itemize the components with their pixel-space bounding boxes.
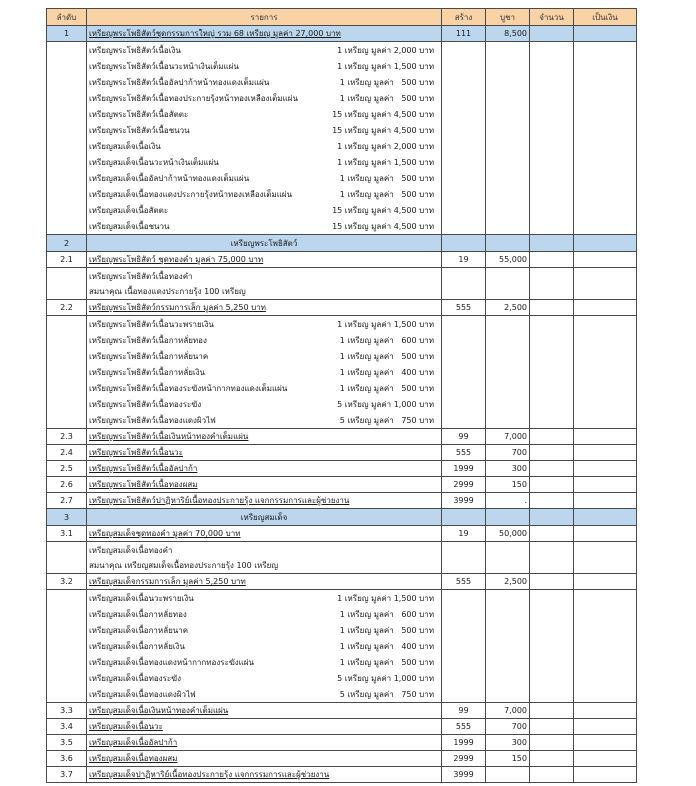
amount-cell[interactable] [574,58,637,74]
row-number [47,122,87,138]
sub-item-qty-value: 1 เหรียญ มูลค่า 1,500 บาท [294,59,434,74]
qty-cell[interactable] [530,461,574,477]
row-number [47,396,87,412]
row-title-text: เหรียญพระโพธิสัตว์ ชุดทองคำ มูลค่า 75,00… [89,255,263,264]
qty-cell[interactable] [530,574,574,590]
price-cell [486,364,530,380]
sub-item-row: เหรียญพระโพธิสัตว์เนื้อนวะหน้าเงินเต็มแผ… [47,58,637,74]
row-number [47,638,87,654]
amount-cell[interactable] [574,332,637,348]
row-title-text: เหรียญพระโพธิสัตว์เนื้อนวะ [89,448,183,457]
qty-cell[interactable] [530,186,574,202]
qty-cell[interactable] [530,348,574,364]
sub-item: เหรียญสมเด็จเนื้อนวะพรายเงิน1 เหรียญ มูล… [87,590,442,607]
row-title: เหรียญพระโพธิสัตว์ ชุดทองคำ มูลค่า 75,00… [87,252,442,268]
make-cell [442,316,486,333]
make-cell [442,606,486,622]
sub-item-row: เหรียญสมเด็จเนื้อทองแดงหน้ากากทองระฆังแผ… [47,654,637,670]
sub-item-qty-value: 1 เหรียญ มูลค่า 500 บาท [294,171,434,186]
row-title-text: เหรียญสมเด็จเนื้อนวะ [89,722,163,731]
make-cell: 555 [442,445,486,461]
amount-cell[interactable] [574,477,637,493]
sub-item: เหรียญสมเด็จเนื้ออัลปาก้าหน้าทองแดงเต็มแ… [87,170,442,186]
table-row: 2.4เหรียญพระโพธิสัตว์เนื้อนวะ555700 [47,445,637,461]
row-title-text: เหรียญสมเด็จชุดทองคำ มูลค่า 70,000 บาท [89,529,241,538]
table-row: 2.6เหรียญพระโพธิสัตว์เนื้อทองผสม2999150 [47,477,637,493]
amount-cell[interactable] [574,202,637,218]
qty-cell[interactable] [530,252,574,268]
sub-item: เหรียญสมเด็จเนื้อทองระฆัง5 เหรียญ มูลค่า… [87,670,442,686]
amount-cell[interactable] [574,735,637,751]
amount-cell[interactable] [574,638,637,654]
price-cell [486,542,530,574]
sub-item-desc: เหรียญสมเด็จเนื้อนวะหน้าเงินเต็มแผ่น [89,155,294,170]
row-number [47,542,87,574]
qty-cell[interactable] [530,138,574,154]
make-cell [442,90,486,106]
table-row: 2.1เหรียญพระโพธิสัตว์ ชุดทองคำ มูลค่า 75… [47,252,637,268]
amount-cell[interactable] [574,106,637,122]
sub-item-desc: เหรียญพระโพธิสัตว์เนื้อนวะหน้าเงินเต็มแผ… [89,59,294,74]
sub-item-desc: เหรียญพระโพธิสัตว์เนื้ออัลปาก้าหน้าทองแด… [89,75,294,90]
qty-cell[interactable] [530,380,574,396]
price-cell [486,606,530,622]
header-amount: เป็นเงิน [574,9,637,26]
amount-cell[interactable] [574,218,637,235]
amount-cell[interactable] [574,622,637,638]
sub-item-desc: เหรียญพระโพธิสัตว์เนื้อเงิน [89,43,294,58]
amount-cell[interactable] [574,74,637,90]
row-title: เหรียญพระโพธิสัตว์ปาฏิหาริย์เนื้อทองประก… [87,493,442,509]
amount-cell[interactable] [574,670,637,686]
row-number: 2.4 [47,445,87,461]
table-row: 3.1เหรียญสมเด็จชุดทองคำ มูลค่า 70,000 บา… [47,526,637,542]
make-cell [442,235,486,252]
row-title: เหรียญสมเด็จกรรมการเล็ก มูลค่า 5,250 บาท [87,574,442,590]
sub-item-desc: เหรียญพระโพธิสัตว์เนื้อสัตตะ [89,107,294,122]
qty-cell[interactable] [530,654,574,670]
make-cell: 111 [442,26,486,42]
sub-item-qty-value: 1 เหรียญ มูลค่า 2,000 บาท [294,43,434,58]
detail-text: เหรียญพระโพธิสัตว์เนื้อทองคำสมนาคุณ เนื้… [87,268,442,300]
qty-cell[interactable] [530,493,574,509]
amount-cell[interactable] [574,364,637,380]
qty-cell[interactable] [530,268,574,300]
row-title-text: เหรียญพระโพธิสัตว์เนื้ออัลปาก้า [89,464,197,473]
sub-item-row: เหรียญพระโพธิสัตว์เนื้อกาหลั่ยนาค1 เหรีย… [47,348,637,364]
price-cell [486,332,530,348]
qty-cell[interactable] [530,122,574,138]
detail-row: เหรียญพระโพธิสัตว์เนื้อทองคำสมนาคุณ เนื้… [47,268,637,300]
price-cell [486,122,530,138]
price-cell [486,202,530,218]
sub-item-row: เหรียญสมเด็จเนื้อกาหลั่ยทอง1 เหรียญ มูลค… [47,606,637,622]
row-number [47,622,87,638]
sub-item-row: เหรียญพระโพธิสัตว์เนื้อทองประกายรุ้งหน้า… [47,90,637,106]
qty-cell[interactable] [530,526,574,542]
sub-item-qty-value: 1 เหรียญ มูลค่า 400 บาท [294,639,434,654]
sub-item-row: เหรียญสมเด็จเนื้อนวะพรายเงิน1 เหรียญ มูล… [47,590,637,607]
row-title: เหรียญสมเด็จชุดทองคำ มูลค่า 70,000 บาท [87,526,442,542]
qty-cell[interactable] [530,154,574,170]
sub-item: เหรียญพระโพธิสัตว์เนื้อกาหลั่ยทอง1 เหรีย… [87,332,442,348]
price-cell [486,654,530,670]
section-number: 3 [47,509,87,526]
price-cell: 150 [486,477,530,493]
amount-cell[interactable] [574,348,637,364]
header-item: รายการ [87,9,442,26]
price-cell [486,218,530,235]
sub-item-qty-value: 1 เหรียญ มูลค่า 500 บาท [294,381,434,396]
sub-item-qty-value: 1 เหรียญ มูลค่า 600 บาท [294,333,434,348]
amount-cell[interactable] [574,268,637,300]
row-title-text: เหรียญสมเด็จเนื้อทองผสม [89,754,177,763]
make-cell [442,170,486,186]
amount-cell[interactable] [574,654,637,670]
make-cell [442,138,486,154]
sub-item-row: เหรียญพระโพธิสัตว์เนื้อทองแดงผิวไฟ5 เหรี… [47,412,637,429]
price-cell [486,235,530,252]
row-number [47,106,87,122]
amount-cell[interactable] [574,90,637,106]
qty-cell[interactable] [530,445,574,461]
row-number [47,332,87,348]
sub-item-qty-value: 1 เหรียญ มูลค่า 500 บาท [294,75,434,90]
sub-item-desc: เหรียญพระโพธิสัตว์เนื้อชนวน [89,123,294,138]
table-row: 3.7เหรียญสมเด็จปาฏิหาริย์เนื้อทองประกายร… [47,767,637,783]
row-number [47,74,87,90]
sub-item-row: เหรียญสมเด็จเนื้อนวะหน้าเงินเต็มแผ่น1 เห… [47,154,637,170]
price-cell [486,154,530,170]
table-row: 3.3เหรียญสมเด็จเนื้อเงินหน้าทองคำเต็มแผ่… [47,703,637,719]
amount-cell[interactable] [574,252,637,268]
qty-cell[interactable] [530,218,574,235]
price-cell [486,74,530,90]
price-cell: 150 [486,751,530,767]
make-cell [442,218,486,235]
sub-item-qty-value: 5 เหรียญ มูลค่า 750 บาท [294,687,434,702]
qty-cell[interactable] [530,542,574,574]
table-row: 3.6เหรียญสมเด็จเนื้อทองผสม2999150 [47,751,637,767]
amount-cell[interactable] [574,574,637,590]
row-number: 3.1 [47,526,87,542]
sub-item-qty-value: 1 เหรียญ มูลค่า 400 บาท [294,365,434,380]
sub-item-qty-value: 1 เหรียญ มูลค่า 2,000 บาท [294,139,434,154]
amount-cell [574,509,637,526]
sub-item-qty-value: 15 เหรียญ มูลค่า 4,500 บาท [294,219,434,234]
sub-item: เหรียญพระโพธิสัตว์เนื้อทองแดงผิวไฟ5 เหรี… [87,412,442,429]
row-number [47,364,87,380]
qty-cell[interactable] [530,686,574,703]
qty-cell[interactable] [530,202,574,218]
make-cell [442,202,486,218]
sub-item: เหรียญพระโพธิสัตว์เนื้อทองระฆัง5 เหรียญ … [87,396,442,412]
qty-cell[interactable] [530,300,574,316]
qty-cell[interactable] [530,703,574,719]
make-cell [442,332,486,348]
qty-cell[interactable] [530,316,574,333]
row-title: เหรียญสมเด็จเนื้อนวะ [87,719,442,735]
make-cell: 2999 [442,751,486,767]
sub-item-row: เหรียญพระโพธิสัตว์เนื้อนวะพรายเงิน1 เหรี… [47,316,637,333]
sub-item: เหรียญพระโพธิสัตว์เนื้อนวะหน้าเงินเต็มแผ… [87,58,442,74]
amount-cell[interactable] [574,542,637,574]
row-number [47,218,87,235]
sub-item: เหรียญพระโพธิสัตว์เนื้อนวะพรายเงิน1 เหรี… [87,316,442,333]
qty-cell[interactable] [530,396,574,412]
amount-cell[interactable] [574,703,637,719]
qty-cell [530,509,574,526]
header-qty: จำนวน [530,9,574,26]
price-cell [486,186,530,202]
amount-cell[interactable] [574,445,637,461]
sub-item-desc: เหรียญสมเด็จเนื้อสัตตะ [89,203,294,218]
amount-cell[interactable] [574,186,637,202]
price-cell [486,767,530,783]
amount-cell[interactable] [574,396,637,412]
make-cell: 3999 [442,493,486,509]
sub-item-desc: เหรียญพระโพธิสัตว์เนื้อทองระฆังหน้ากากทอ… [89,381,294,396]
amount-cell[interactable] [574,154,637,170]
price-cell: 7,000 [486,703,530,719]
sub-item: เหรียญพระโพธิสัตว์เนื้อทองระฆังหน้ากากทอ… [87,380,442,396]
sub-item-qty-value: 1 เหรียญ มูลค่า 500 บาท [294,655,434,670]
row-title: เหรียญพระโพธิสัตว์เนื้ออัลปาก้า [87,461,442,477]
sub-item: เหรียญสมเด็จเนื้อชนวน15 เหรียญ มูลค่า 4,… [87,218,442,235]
make-cell [442,106,486,122]
table-row: 2.3เหรียญพระโพธิสัตว์เนื้อเงินหน้าทองคำเ… [47,429,637,445]
row-title-text: เหรียญพระโพธิสัตว์เนื้อเงินหน้าทองคำเต็ม… [89,432,248,441]
amount-cell[interactable] [574,138,637,154]
row-number [47,42,87,59]
amount-cell[interactable] [574,461,637,477]
amount-cell[interactable] [574,429,637,445]
row-number [47,590,87,607]
sub-item: เหรียญพระโพธิสัตว์เนื้อกาหลั่ยนาค1 เหรีย… [87,348,442,364]
amount-cell[interactable] [574,122,637,138]
detail-line: สมนาคุณ เนื้อทองแดงประกายรุ้ง 100 เหรียญ [89,284,439,299]
sub-item: เหรียญพระโพธิสัตว์เนื้อกาหลั่ยเงิน1 เหรี… [87,364,442,380]
row-title-text: เหรียญพระโพธิสัตว์กรรมการเล็ก มูลค่า 5,2… [89,303,266,312]
sub-item-row: เหรียญสมเด็จเนื้ออัลปาก้าหน้าทองแดงเต็มแ… [47,170,637,186]
qty-cell[interactable] [530,106,574,122]
qty-cell[interactable] [530,42,574,59]
amount-cell[interactable] [574,751,637,767]
qty-cell[interactable] [530,170,574,186]
sub-item-qty-value: 15 เหรียญ มูลค่า 4,500 บาท [294,107,434,122]
amount-cell[interactable] [574,526,637,542]
row-title-text: เหรียญสมเด็จปาฏิหาริย์เนื้อทองประกายรุ้ง… [89,770,329,779]
sub-item-row: เหรียญพระโพธิสัตว์เนื้ออัลปาก้าหน้าทองแด… [47,74,637,90]
amount-cell[interactable] [574,42,637,59]
row-number [47,170,87,186]
row-title-text: เหรียญสมเด็จกรรมการเล็ก มูลค่า 5,250 บาท [89,577,246,586]
make-cell [442,348,486,364]
price-cell: 55,000 [486,252,530,268]
sub-item-desc: เหรียญสมเด็จเนื้อทองแดงหน้ากากทองระฆังแผ… [89,655,294,670]
sub-item-qty-value: 1 เหรียญ มูลค่า 500 บาท [294,91,434,106]
amount-cell[interactable] [574,686,637,703]
price-cell: . [486,493,530,509]
table-row: 2.7เหรียญพระโพธิสัตว์ปาฏิหาริย์เนื้อทองป… [47,493,637,509]
qty-cell[interactable] [530,622,574,638]
sub-item-desc: เหรียญสมเด็จเนื้อทองแดงผิวไฟ [89,687,294,702]
make-cell: 555 [442,300,486,316]
section-number: 2 [47,235,87,252]
table-row: 2.2เหรียญพระโพธิสัตว์กรรมการเล็ก มูลค่า … [47,300,637,316]
make-cell [442,122,486,138]
make-cell: 555 [442,719,486,735]
amount-cell[interactable] [574,590,637,607]
sub-item-desc: เหรียญพระโพธิสัตว์เนื้อทองแดงผิวไฟ [89,413,294,428]
sub-item: เหรียญพระโพธิสัตว์เนื้อชนวน15 เหรียญ มูล… [87,122,442,138]
row-number [47,58,87,74]
sub-item-desc: เหรียญสมเด็จเนื้อกาหลั่ยนาค [89,623,294,638]
qty-cell[interactable] [530,58,574,74]
sub-item: เหรียญพระโพธิสัตว์เนื้ออัลปาก้าหน้าทองแด… [87,74,442,90]
make-cell [442,58,486,74]
row-title-text: เหรียญพระโพธิสัตว์ปาฏิหาริย์เนื้อทองประก… [89,496,349,505]
sub-item-qty-value: 15 เหรียญ มูลค่า 4,500 บาท [294,203,434,218]
section-title: เหรียญพระโพธิสัตว์ชุดกรรมการใหญ่ รวม 68 … [87,26,442,42]
price-cell [486,170,530,186]
make-cell: 1999 [442,735,486,751]
sub-item-desc: เหรียญสมเด็จเนื้อกาหลั่ยทอง [89,607,294,622]
amount-cell[interactable] [574,767,637,783]
qty-cell[interactable] [530,719,574,735]
qty-cell[interactable] [530,590,574,607]
section-header-row: 1เหรียญพระโพธิสัตว์ชุดกรรมการใหญ่ รวม 68… [47,26,637,42]
detail-line: เหรียญพระโพธิสัตว์เนื้อทองคำ [89,269,439,284]
sub-item-qty-value: 1 เหรียญ มูลค่า 1,500 บาท [294,317,434,332]
row-number: 3.5 [47,735,87,751]
price-cell [486,106,530,122]
sub-item-desc: เหรียญพระโพธิสัตว์เนื้อทองประกายรุ้งหน้า… [89,91,294,106]
sub-item-row: เหรียญพระโพธิสัตว์เนื้อชนวน15 เหรียญ มูล… [47,122,637,138]
sub-item-desc: เหรียญพระโพธิสัตว์เนื้อกาหลั่ยนาค [89,349,294,364]
qty-cell[interactable] [530,90,574,106]
amount-cell[interactable] [574,170,637,186]
make-cell [442,670,486,686]
sub-item: เหรียญพระโพธิสัตว์เนื้อทองประกายรุ้งหน้า… [87,90,442,106]
sub-item-row: เหรียญสมเด็จเนื้อทองระฆัง5 เหรียญ มูลค่า… [47,670,637,686]
row-title-text: เหรียญพระโพธิสัตว์เนื้อทองผสม [89,480,198,489]
section-header-row: 3เหรียญสมเด็จ [47,509,637,526]
row-title-text: เหรียญสมเด็จเนื้ออัลปาก้า [89,738,177,747]
make-cell [442,268,486,300]
qty-cell[interactable] [530,26,574,42]
row-title: เหรียญสมเด็จปาฏิหาริย์เนื้อทองประกายรุ้ง… [87,767,442,783]
make-cell [442,542,486,574]
amount-cell[interactable] [574,26,637,42]
row-number: 2.3 [47,429,87,445]
row-number: 2.1 [47,252,87,268]
qty-cell[interactable] [530,735,574,751]
header-price: บูชา [486,9,530,26]
row-number [47,186,87,202]
sub-item: เหรียญสมเด็จเนื้อทองแดงหน้ากากทองระฆังแผ… [87,654,442,670]
price-cell [486,670,530,686]
amount-cell[interactable] [574,493,637,509]
row-title: เหรียญสมเด็จเนื้อเงินหน้าทองคำเต็มแผ่น [87,703,442,719]
table-body: 1เหรียญพระโพธิสัตว์ชุดกรรมการใหญ่ รวม 68… [47,26,637,783]
amount-cell[interactable] [574,380,637,396]
row-title: เหรียญพระโพธิสัตว์เนื้อทองผสม [87,477,442,493]
qty-cell[interactable] [530,606,574,622]
sub-item-row: เหรียญพระโพธิสัตว์เนื้อสัตตะ15 เหรียญ มู… [47,106,637,122]
row-number [47,606,87,622]
qty-cell[interactable] [530,332,574,348]
row-number [47,90,87,106]
detail-line: เหรียญสมเด็จเนื้อทองคำ [89,543,439,558]
sub-item-qty-value: 1 เหรียญ มูลค่า 1,500 บาท [294,591,434,606]
price-cell: 2,500 [486,300,530,316]
price-cell: 300 [486,461,530,477]
make-cell [442,42,486,59]
make-cell: 3999 [442,767,486,783]
qty-cell[interactable] [530,477,574,493]
price-cell [486,638,530,654]
table-row: 3.5เหรียญสมเด็จเนื้ออัลปาก้า1999300 [47,735,637,751]
amount-cell[interactable] [574,606,637,622]
qty-cell[interactable] [530,670,574,686]
qty-cell[interactable] [530,412,574,429]
make-cell [442,396,486,412]
price-cell [486,380,530,396]
sub-item: เหรียญสมเด็จเนื้อกาหลั่ยนาค1 เหรียญ มูลค… [87,622,442,638]
price-cell [486,58,530,74]
row-title: เหรียญพระโพธิสัตว์เนื้อเงินหน้าทองคำเต็ม… [87,429,442,445]
sub-item-row: เหรียญสมเด็จเนื้อทองแดงประกายรุ้งหน้าทอง… [47,186,637,202]
row-number [47,670,87,686]
row-title: เหรียญสมเด็จเนื้อทองผสม [87,751,442,767]
price-cell [486,316,530,333]
sub-item: เหรียญสมเด็จเนื้อกาหลั่ยทอง1 เหรียญ มูลค… [87,606,442,622]
sub-item-row: เหรียญพระโพธิสัตว์เนื้อทองระฆัง5 เหรียญ … [47,396,637,412]
qty-cell[interactable] [530,638,574,654]
amount-cell[interactable] [574,300,637,316]
qty-cell[interactable] [530,364,574,380]
make-cell: 555 [442,574,486,590]
qty-cell[interactable] [530,74,574,90]
sub-item-qty-value: 5 เหรียญ มูลค่า 1,000 บาท [294,671,434,686]
amount-cell[interactable] [574,719,637,735]
qty-cell[interactable] [530,767,574,783]
amount-cell[interactable] [574,412,637,429]
price-cell [486,590,530,607]
sub-item-qty-value: 1 เหรียญ มูลค่า 1,500 บาท [294,155,434,170]
amount-cell[interactable] [574,316,637,333]
sub-item: เหรียญสมเด็จเนื้อนวะหน้าเงินเต็มแผ่น1 เห… [87,154,442,170]
sub-item: เหรียญสมเด็จเนื้อสัตตะ15 เหรียญ มูลค่า 4… [87,202,442,218]
make-cell [442,364,486,380]
price-cell [486,42,530,59]
make-cell [442,590,486,607]
sub-item-desc: เหรียญพระโพธิสัตว์เนื้อทองระฆัง [89,397,294,412]
make-cell [442,622,486,638]
row-number: 2.5 [47,461,87,477]
make-cell [442,380,486,396]
sub-item-desc: เหรียญพระโพธิสัตว์เนื้อนวะพรายเงิน [89,317,294,332]
make-cell [442,412,486,429]
qty-cell[interactable] [530,751,574,767]
row-number [47,412,87,429]
qty-cell[interactable] [530,429,574,445]
sub-item-qty-value: 15 เหรียญ มูลค่า 4,500 บาท [294,123,434,138]
row-number [47,138,87,154]
row-title: เหรียญพระโพธิสัตว์เนื้อนวะ [87,445,442,461]
row-number [47,316,87,333]
